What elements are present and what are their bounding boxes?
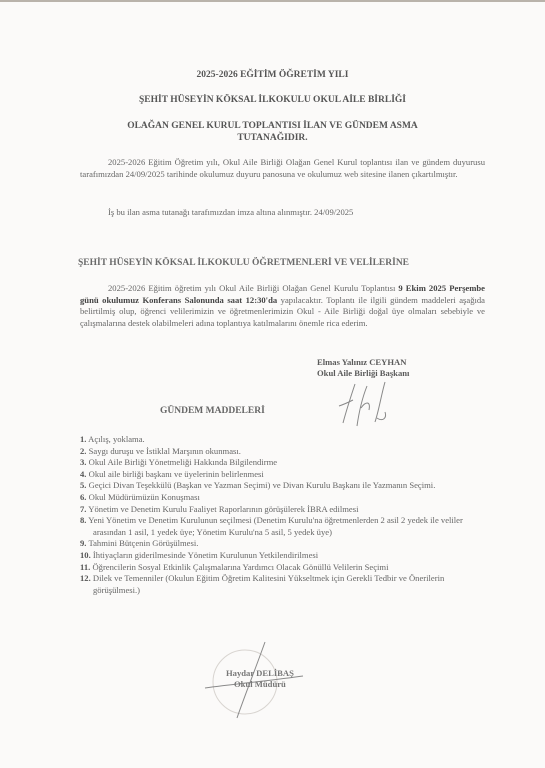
- president-name: Elmas Yalınız CEYHAN: [317, 357, 409, 368]
- agenda-title: GÜNDEM MADDELERİ: [160, 406, 265, 416]
- agenda-item: 3. Okul Aile Birliği Yönetmeliği Hakkınd…: [80, 457, 470, 469]
- document-page: 2025-2026 EĞİTİM ÖĞRETİM YILI ŞEHİT HÜSE…: [0, 0, 545, 768]
- agenda-item: 9. Tahmini Bütçenin Görüşülmesi.: [80, 538, 470, 550]
- president-signature-block: Elmas Yalınız CEYHAN Okul Aile Birliği B…: [317, 357, 409, 379]
- agenda-item: 8. Yeni Yönetim ve Denetim Kurulunun seç…: [80, 515, 470, 538]
- scan-edge: [0, 0, 545, 2]
- school-year-heading: 2025-2026 EĞİTİM ÖĞRETİM YILI: [60, 70, 485, 80]
- principal-name: Haydar DELİBAŞ: [226, 668, 294, 679]
- agenda-item: 11. Öğrencilerin Sosyal Etkinlik Çalışma…: [80, 562, 470, 574]
- invitation-paragraph: 2025-2026 Eğitim öğretim yılı Okul Aile …: [80, 283, 485, 329]
- principal-title: Okul Müdürü: [226, 679, 294, 690]
- invitation-heading: ŞEHİT HÜSEYİN KÖKSAL İLKOKULU ÖĞRETMENLE…: [78, 258, 498, 268]
- agenda-list: 1. Açılış, yoklama. 2. Saygı duruşu ve İ…: [80, 434, 470, 596]
- agenda-item: 7. Yönetim ve Denetim Kurulu Faaliyet Ra…: [80, 504, 470, 516]
- meeting-notice-heading-cont: TUTANAĞIDIR.: [60, 133, 485, 143]
- meeting-notice-heading: OLAĞAN GENEL KURUL TOPLANTISI İLAN VE GÜ…: [60, 121, 485, 131]
- agenda-item: 4. Okul aile birliği başkanı ve üyelerin…: [80, 469, 470, 481]
- agenda-item: 1. Açılış, yoklama.: [80, 434, 470, 446]
- agenda-item: 2. Saygı duruşu ve İstiklal Marşının oku…: [80, 446, 470, 458]
- president-signature-icon: [335, 378, 395, 430]
- agenda-item: 10. İhtiyaçların giderilmesinde Yönetim …: [80, 550, 470, 562]
- intro-paragraph: 2025-2026 Eğitim Öğretim yılı, Okul Aile…: [80, 157, 485, 180]
- school-association-heading: ŞEHİT HÜSEYİN KÖKSAL İLKOKULU OKUL AİLE …: [60, 95, 485, 105]
- agenda-item: 6. Okul Müdürümüzün Konuşması: [80, 492, 470, 504]
- principal-signature-block: Haydar DELİBAŞ Okul Müdürü: [226, 668, 294, 690]
- signing-statement: İş bu ilan asma tutanağı tarafımızdan im…: [80, 207, 485, 219]
- agenda-item: 12. Dilek ve Temenniler (Okulun Eğitim Ö…: [80, 573, 470, 596]
- agenda-item: 5. Geçici Divan Teşekkülü (Başkan ve Yaz…: [80, 480, 470, 492]
